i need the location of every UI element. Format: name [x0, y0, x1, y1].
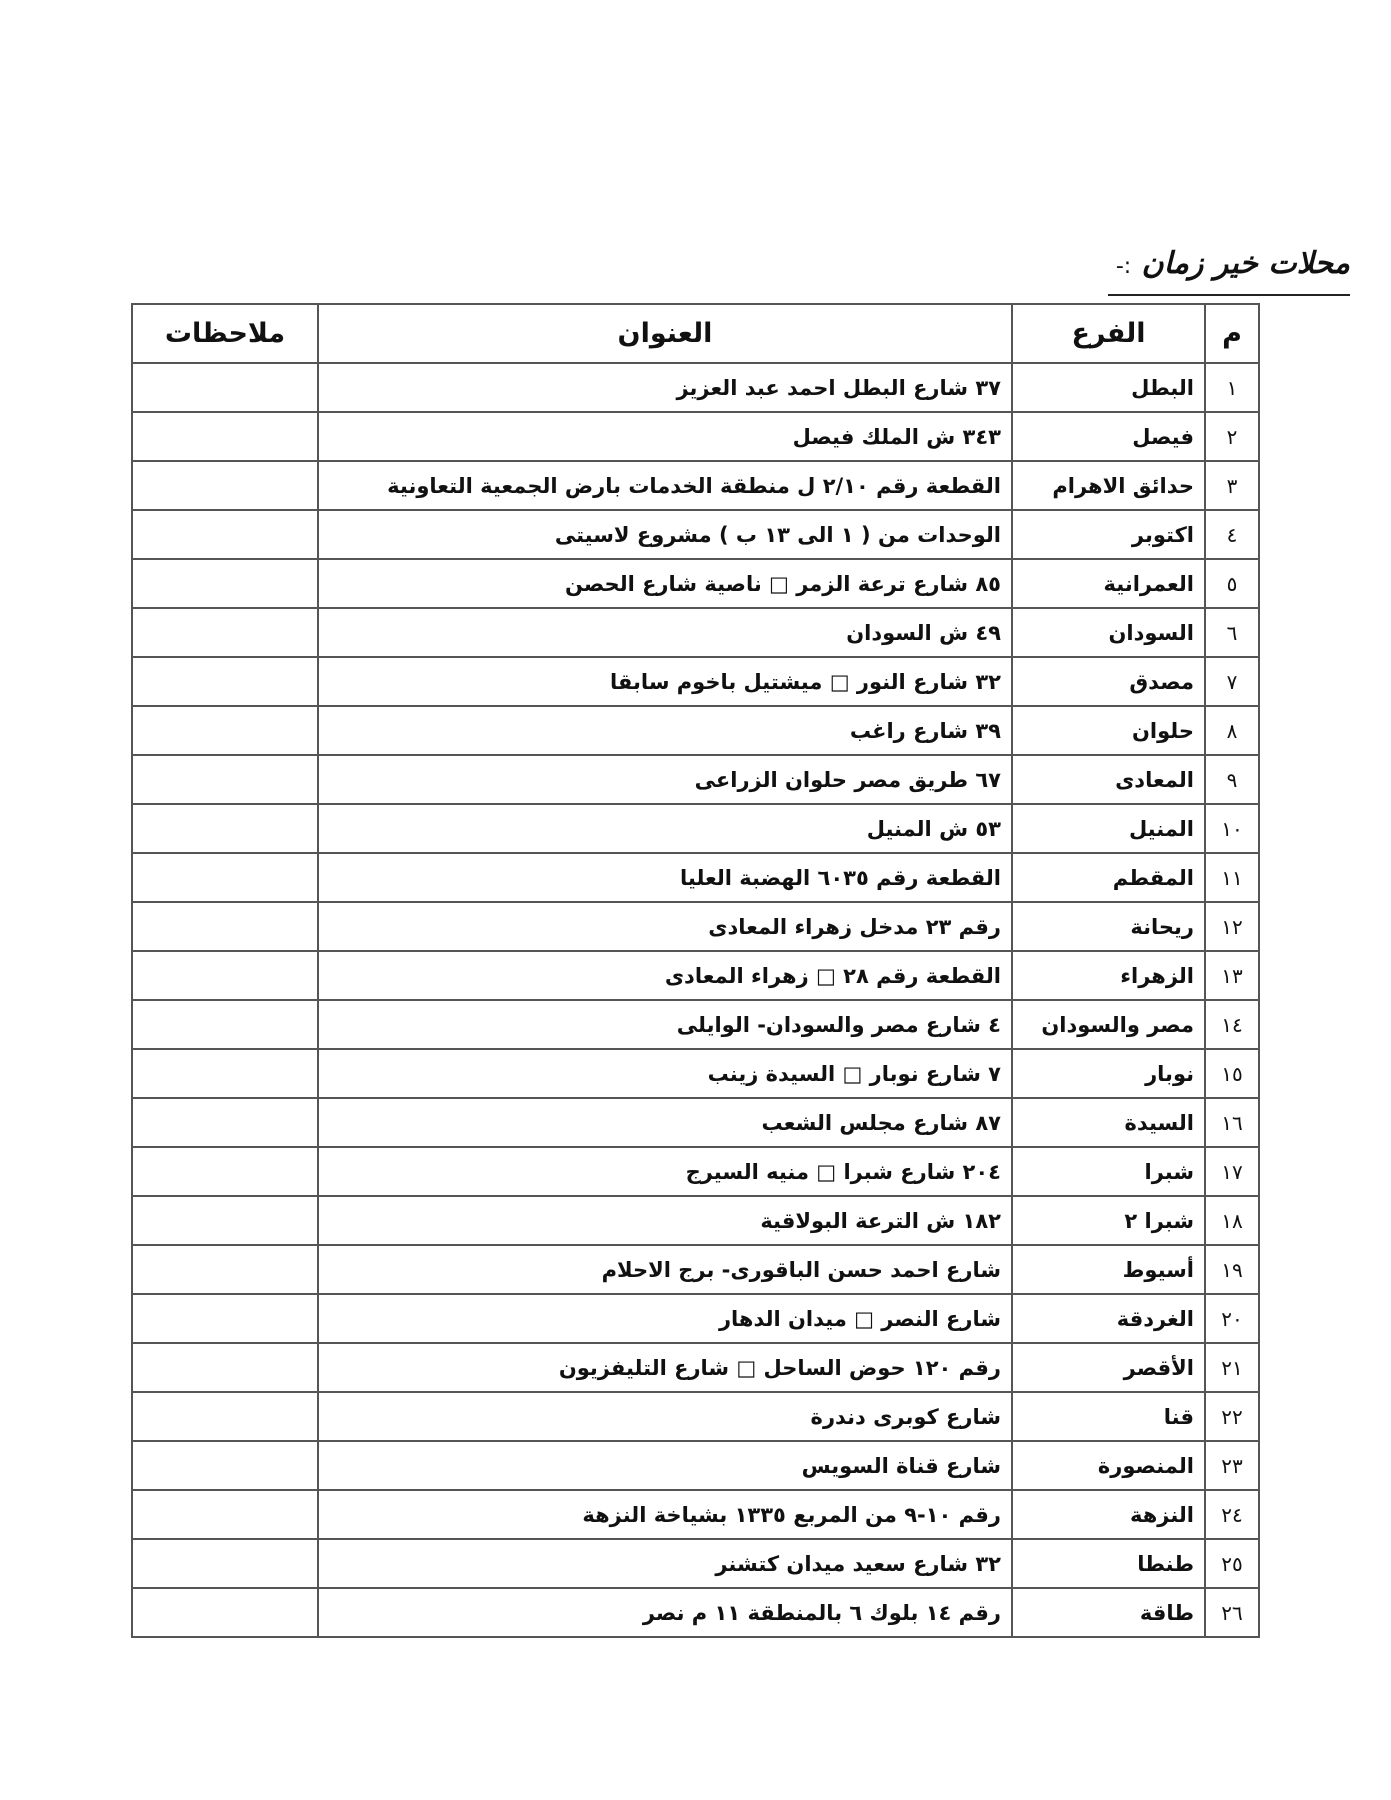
cell-address: رقم ١٠-٩ من المربع ١٣٣٥ بشياخة النزهة [318, 1490, 1012, 1539]
cell-address: رقم ١٢٠ حوض الساحل □ شارع التليفزيون [318, 1343, 1012, 1392]
cell-notes [132, 1049, 318, 1098]
cell-notes [132, 1490, 318, 1539]
table-row: ١٣الزهراءالقطعة رقم ٢٨ □ زهراء المعادى [132, 951, 1259, 1000]
cell-branch: شبرا ٢ [1012, 1196, 1205, 1245]
cell-notes [132, 412, 318, 461]
cell-branch: اكتوبر [1012, 510, 1205, 559]
cell-notes [132, 1098, 318, 1147]
table-row: ١٢ريحانةرقم ٢٣ مدخل زهراء المعادى [132, 902, 1259, 951]
table-row: ٤اكتوبرالوحدات من ( ١ الى ١٣ ب ) مشروع ل… [132, 510, 1259, 559]
cell-notes [132, 510, 318, 559]
cell-branch: أسيوط [1012, 1245, 1205, 1294]
cell-address: شارع قناة السويس [318, 1441, 1012, 1490]
cell-notes [132, 657, 318, 706]
cell-address: القطعة رقم ٢٨ □ زهراء المعادى [318, 951, 1012, 1000]
table-row: ١البطل٣٧ شارع البطل احمد عبد العزيز [132, 363, 1259, 412]
cell-num: ١٥ [1205, 1049, 1259, 1098]
cell-address: ٢٠٤ شارع شبرا □ منيه السيرج [318, 1147, 1012, 1196]
table-row: ٣حدائق الاهرامالقطعة رقم ٢/١٠ ل منطقة ال… [132, 461, 1259, 510]
cell-address: رقم ١٤ بلوك ٦ بالمنطقة ١١ م نصر [318, 1588, 1012, 1637]
table-row: ٧مصدق٣٢ شارع النور □ ميشتيل باخوم سابقا [132, 657, 1259, 706]
cell-notes [132, 706, 318, 755]
cell-num: ١ [1205, 363, 1259, 412]
cell-notes [132, 608, 318, 657]
cell-num: ١٣ [1205, 951, 1259, 1000]
cell-branch: المنصورة [1012, 1441, 1205, 1490]
branches-table: م الفرع العنوان ملاحظات ١البطل٣٧ شارع ال… [131, 303, 1260, 1638]
table-row: ١٤مصر والسودان٤ شارع مصر والسودان- الواي… [132, 1000, 1259, 1049]
cell-branch: ريحانة [1012, 902, 1205, 951]
cell-address: ٣٢ شارع النور □ ميشتيل باخوم سابقا [318, 657, 1012, 706]
cell-notes [132, 1245, 318, 1294]
cell-num: ٢٠ [1205, 1294, 1259, 1343]
cell-branch: الغردقة [1012, 1294, 1205, 1343]
cell-num: ٢٦ [1205, 1588, 1259, 1637]
table-row: ١٨شبرا ٢١٨٢ ش الترعة البولاقية [132, 1196, 1259, 1245]
cell-branch: الأقصر [1012, 1343, 1205, 1392]
cell-notes [132, 1588, 318, 1637]
cell-address: ٧ شارع نوبار □ السيدة زينب [318, 1049, 1012, 1098]
cell-notes [132, 755, 318, 804]
cell-num: ١١ [1205, 853, 1259, 902]
cell-branch: المقطم [1012, 853, 1205, 902]
table-row: ٨حلوان٣٩ شارع راغب [132, 706, 1259, 755]
cell-branch: مصر والسودان [1012, 1000, 1205, 1049]
cell-notes [132, 951, 318, 1000]
cell-address: ٨٧ شارع مجلس الشعب [318, 1098, 1012, 1147]
table-row: ٢٠الغردقةشارع النصر □ ميدان الدهار [132, 1294, 1259, 1343]
cell-address: ٦٧ طريق مصر حلوان الزراعى [318, 755, 1012, 804]
cell-notes [132, 363, 318, 412]
cell-num: ٧ [1205, 657, 1259, 706]
cell-notes [132, 1343, 318, 1392]
cell-branch: الزهراء [1012, 951, 1205, 1000]
cell-num: ١٨ [1205, 1196, 1259, 1245]
table-row: ١٧شبرا٢٠٤ شارع شبرا □ منيه السيرج [132, 1147, 1259, 1196]
cell-num: ٢٤ [1205, 1490, 1259, 1539]
cell-address: ٣٤٣ ش الملك فيصل [318, 412, 1012, 461]
table-row: ٢٢قناشارع كوبرى دندرة [132, 1392, 1259, 1441]
cell-branch: طنطا [1012, 1539, 1205, 1588]
table-row: ٦السودان٤٩ ش السودان [132, 608, 1259, 657]
table-row: ١٠المنيل٥٣ ش المنيل [132, 804, 1259, 853]
cell-branch: السيدة [1012, 1098, 1205, 1147]
cell-branch: حدائق الاهرام [1012, 461, 1205, 510]
cell-branch: السودان [1012, 608, 1205, 657]
table-row: ١١المقطمالقطعة رقم ٦٠٣٥ الهضبة العليا [132, 853, 1259, 902]
table-row: ٢٤النزهةرقم ١٠-٩ من المربع ١٣٣٥ بشياخة ا… [132, 1490, 1259, 1539]
cell-num: ٢٥ [1205, 1539, 1259, 1588]
cell-address: ٣٧ شارع البطل احمد عبد العزيز [318, 363, 1012, 412]
cell-notes [132, 804, 318, 853]
cell-branch: قنا [1012, 1392, 1205, 1441]
cell-address: ٣٢ شارع سعيد ميدان كتشنر [318, 1539, 1012, 1588]
cell-address: ٤٩ ش السودان [318, 608, 1012, 657]
cell-address: الوحدات من ( ١ الى ١٣ ب ) مشروع لاسيتى [318, 510, 1012, 559]
cell-notes [132, 1392, 318, 1441]
cell-num: ١٧ [1205, 1147, 1259, 1196]
cell-address: رقم ٢٣ مدخل زهراء المعادى [318, 902, 1012, 951]
cell-num: ١٠ [1205, 804, 1259, 853]
cell-notes [132, 1000, 318, 1049]
cell-address: ٥٣ ش المنيل [318, 804, 1012, 853]
cell-num: ٨ [1205, 706, 1259, 755]
table-row: ١٩أسيوطشارع احمد حسن الباقورى- برج الاحل… [132, 1245, 1259, 1294]
table-row: ٢٥طنطا٣٢ شارع سعيد ميدان كتشنر [132, 1539, 1259, 1588]
table-row: ٩المعادى٦٧ طريق مصر حلوان الزراعى [132, 755, 1259, 804]
cell-num: ٥ [1205, 559, 1259, 608]
cell-branch: فيصل [1012, 412, 1205, 461]
cell-branch: المنيل [1012, 804, 1205, 853]
cell-notes [132, 1196, 318, 1245]
cell-notes [132, 559, 318, 608]
cell-address: ٤ شارع مصر والسودان- الوايلى [318, 1000, 1012, 1049]
cell-num: ١٢ [1205, 902, 1259, 951]
cell-notes [132, 1294, 318, 1343]
table-row: ٢فيصل٣٤٣ ش الملك فيصل [132, 412, 1259, 461]
page-title-suffix: :- [1116, 254, 1131, 279]
cell-branch: مصدق [1012, 657, 1205, 706]
cell-num: ١٤ [1205, 1000, 1259, 1049]
cell-branch: نوبار [1012, 1049, 1205, 1098]
cell-num: ٩ [1205, 755, 1259, 804]
header-address: العنوان [318, 304, 1012, 363]
cell-num: ٤ [1205, 510, 1259, 559]
header-notes: ملاحظات [132, 304, 318, 363]
cell-num: ٢١ [1205, 1343, 1259, 1392]
cell-notes [132, 853, 318, 902]
cell-address: ٣٩ شارع راغب [318, 706, 1012, 755]
cell-num: ٦ [1205, 608, 1259, 657]
cell-branch: البطل [1012, 363, 1205, 412]
cell-num: ١٩ [1205, 1245, 1259, 1294]
table-row: ١٦السيدة٨٧ شارع مجلس الشعب [132, 1098, 1259, 1147]
cell-notes [132, 461, 318, 510]
cell-address: شارع كوبرى دندرة [318, 1392, 1012, 1441]
page-title-text: محلات خير زمان [1142, 246, 1350, 281]
page-title: محلات خير زمان :- [1108, 242, 1350, 296]
cell-num: ١٦ [1205, 1098, 1259, 1147]
table-row: ٥العمرانية٨٥ شارع ترعة الزمر □ ناصية شار… [132, 559, 1259, 608]
header-branch: الفرع [1012, 304, 1205, 363]
cell-notes [132, 1539, 318, 1588]
cell-address: شارع النصر □ ميدان الدهار [318, 1294, 1012, 1343]
table-header-row: م الفرع العنوان ملاحظات [132, 304, 1259, 363]
cell-branch: المعادى [1012, 755, 1205, 804]
cell-num: ٢٣ [1205, 1441, 1259, 1490]
cell-num: ٣ [1205, 461, 1259, 510]
cell-address: ٨٥ شارع ترعة الزمر □ ناصية شارع الحصن [318, 559, 1012, 608]
cell-branch: النزهة [1012, 1490, 1205, 1539]
table-row: ٢٣المنصورةشارع قناة السويس [132, 1441, 1259, 1490]
table-row: ٢٦طاقةرقم ١٤ بلوك ٦ بالمنطقة ١١ م نصر [132, 1588, 1259, 1637]
cell-num: ٢٢ [1205, 1392, 1259, 1441]
cell-address: القطعة رقم ٦٠٣٥ الهضبة العليا [318, 853, 1012, 902]
cell-address: ١٨٢ ش الترعة البولاقية [318, 1196, 1012, 1245]
cell-branch: طاقة [1012, 1588, 1205, 1637]
cell-notes [132, 902, 318, 951]
table-row: ١٥نوبار٧ شارع نوبار □ السيدة زينب [132, 1049, 1259, 1098]
cell-branch: حلوان [1012, 706, 1205, 755]
header-num: م [1205, 304, 1259, 363]
cell-branch: العمرانية [1012, 559, 1205, 608]
table-body: ١البطل٣٧ شارع البطل احمد عبد العزيز٢فيصل… [132, 363, 1259, 1637]
cell-notes [132, 1147, 318, 1196]
cell-address: شارع احمد حسن الباقورى- برج الاحلام [318, 1245, 1012, 1294]
cell-address: القطعة رقم ٢/١٠ ل منطقة الخدمات بارض الج… [318, 461, 1012, 510]
cell-num: ٢ [1205, 412, 1259, 461]
table-row: ٢١الأقصررقم ١٢٠ حوض الساحل □ شارع التليف… [132, 1343, 1259, 1392]
cell-branch: شبرا [1012, 1147, 1205, 1196]
cell-notes [132, 1441, 318, 1490]
